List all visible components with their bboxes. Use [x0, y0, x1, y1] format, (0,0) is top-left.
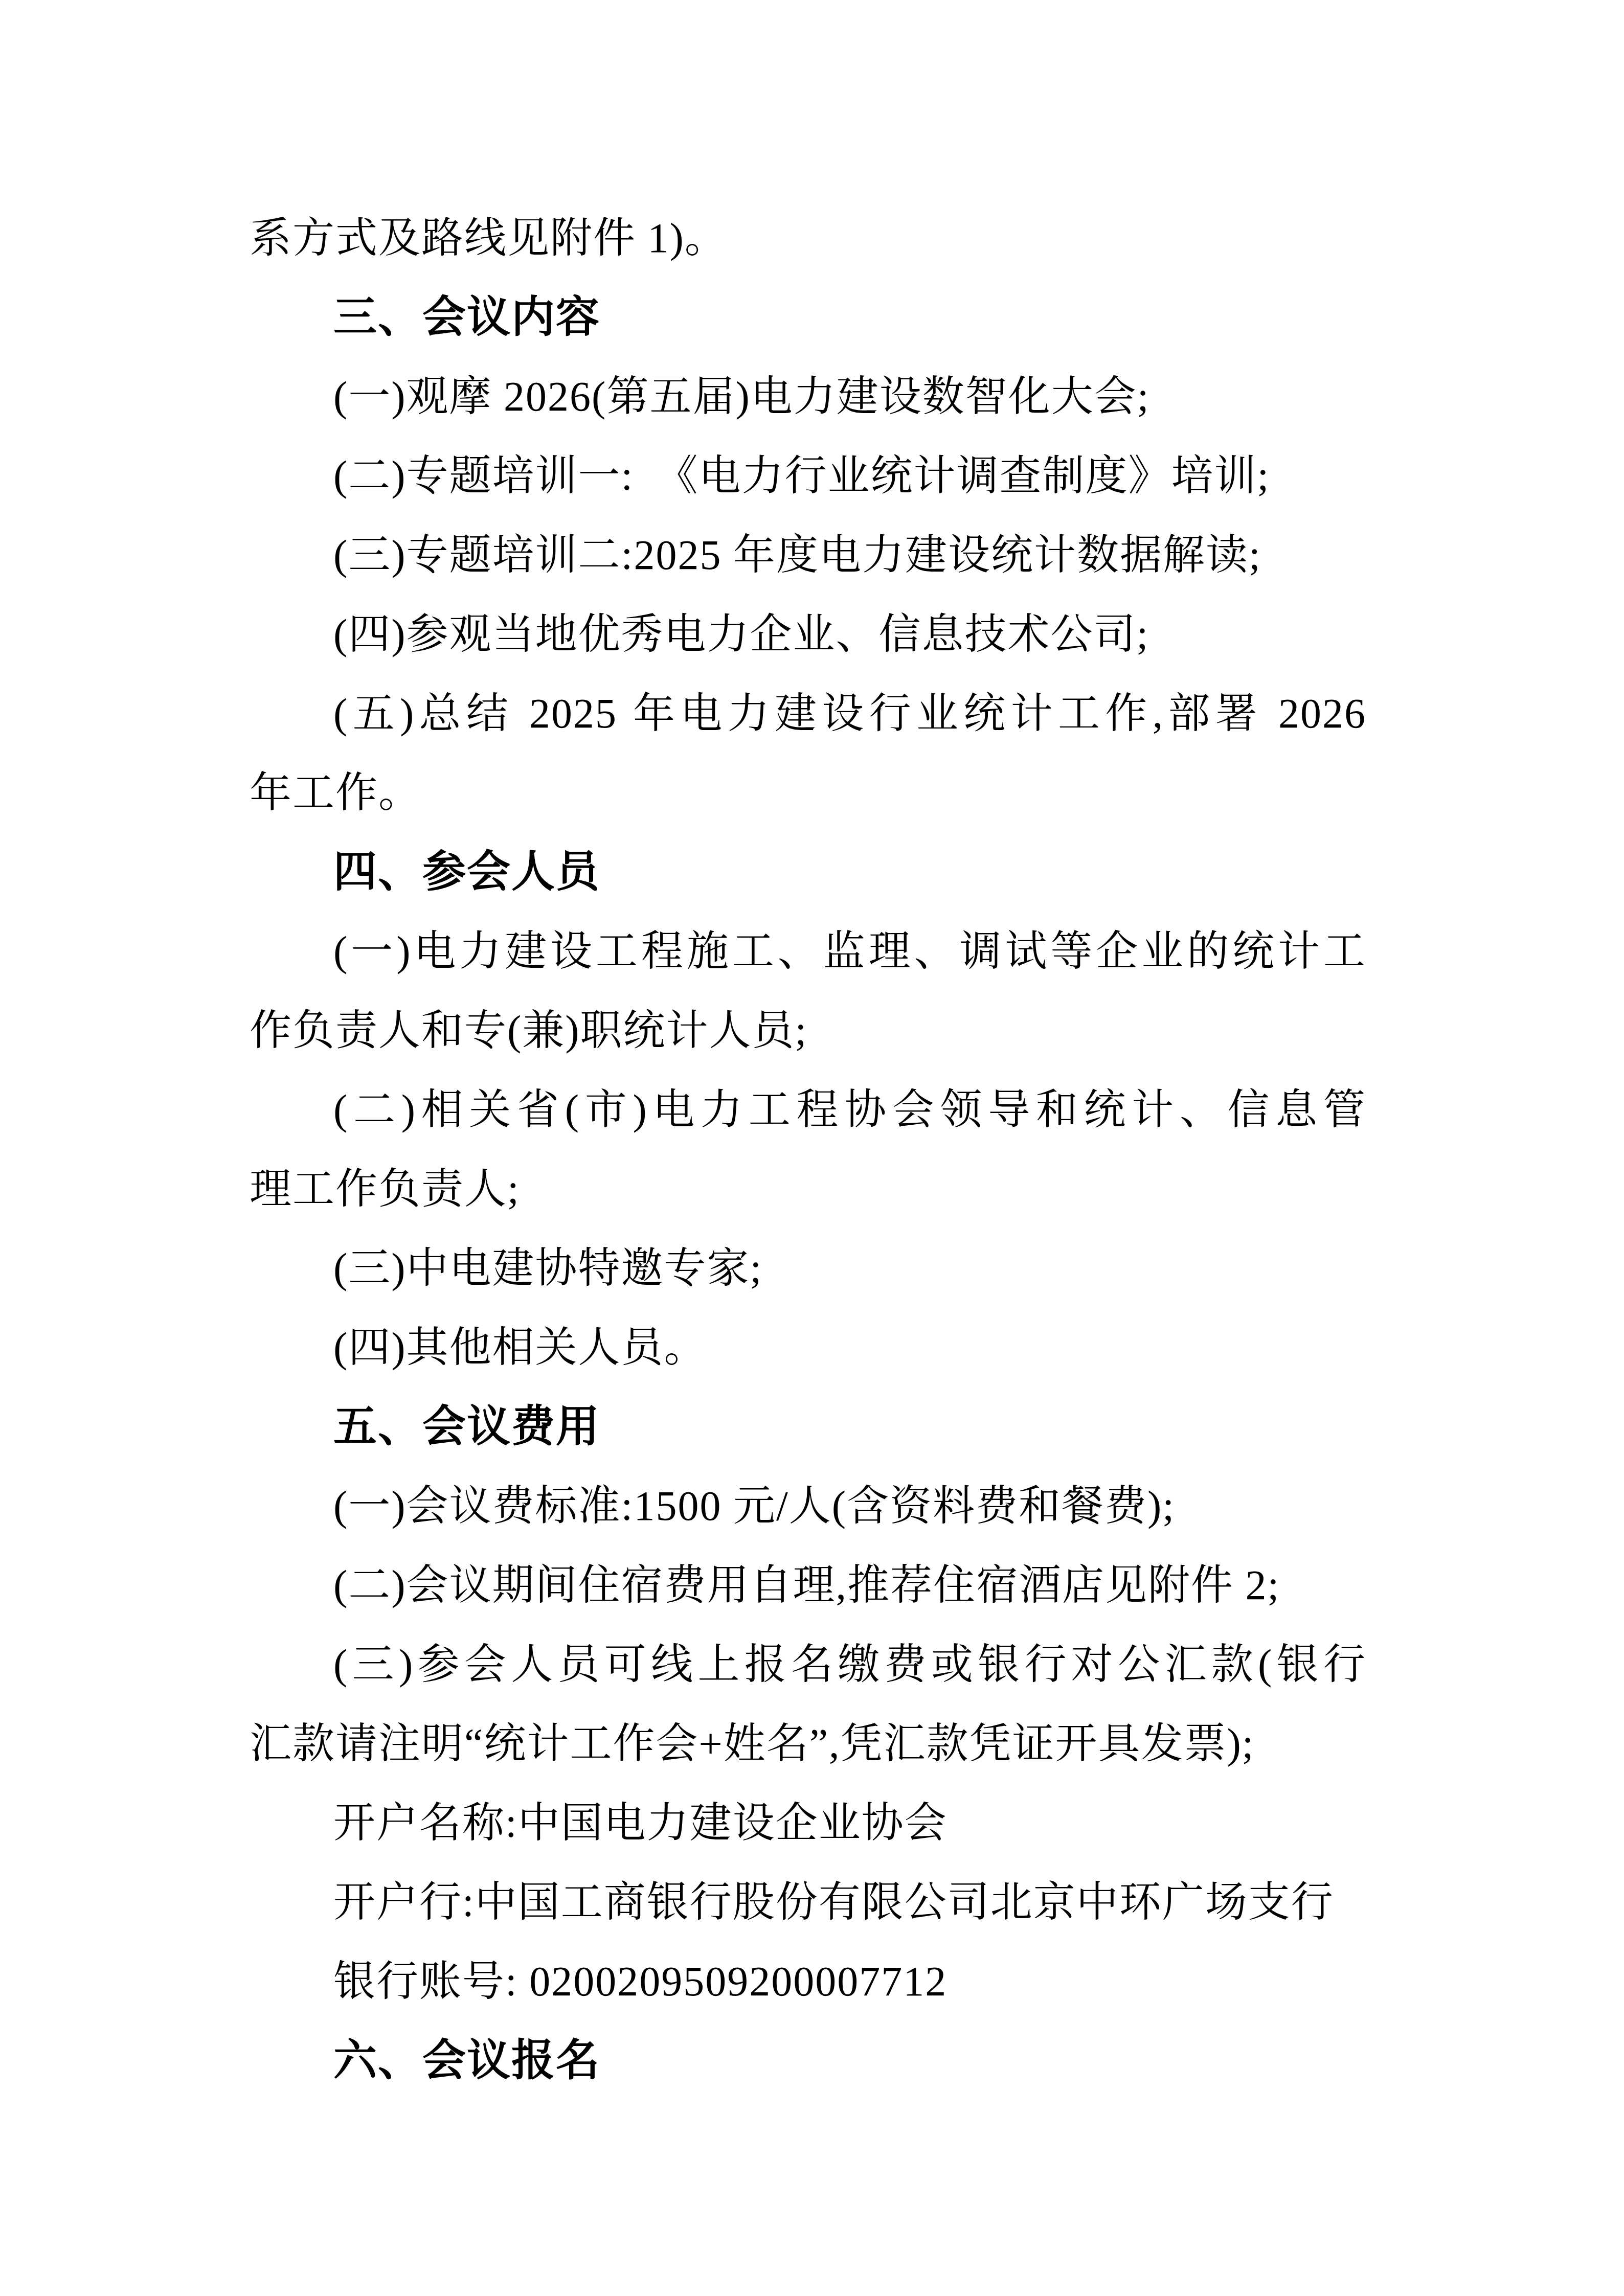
body-line-participants2-wrap1: (二)相关省(市)电力工程协会领导和统计、信息管	[250, 1070, 1366, 1149]
body-line-item2-training1: (二)专题培训一: 《电力行业统计调查制度》培训;	[250, 436, 1366, 515]
body-line-account-number: 银行账号: 0200209509200007712	[250, 1942, 1366, 2021]
section-heading-6-registration: 六、会议报名	[250, 2021, 1366, 2100]
body-line-continuation-attachment1: 系方式及路线见附件 1)。	[250, 198, 1366, 278]
section-heading-4-participants: 四、参会人员	[250, 832, 1366, 912]
body-line-participants3-experts: (三)中电建协特邀专家;	[250, 1229, 1366, 1308]
body-line-fee-standard: (一)会议费标准:1500 元/人(含资料费和餐费);	[250, 1466, 1366, 1545]
body-line-hotel-self-pay: (二)会议期间住宿费用自理,推荐住宿酒店见附件 2;	[250, 1545, 1366, 1625]
body-line-participants1-wrap2: 作负责人和专(兼)职统计人员;	[250, 991, 1366, 1070]
section-heading-5-fees: 五、会议费用	[250, 1387, 1366, 1466]
body-line-account-name: 开户名称:中国电力建设企业协会	[250, 1783, 1366, 1862]
body-line-participants2-wrap2: 理工作负责人;	[250, 1149, 1366, 1229]
body-line-item4-site-visit: (四)参观当地优秀电力企业、信息技术公司;	[250, 595, 1366, 674]
body-line-item1-observe-conference: (一)观摩 2026(第五届)电力建设数智化大会;	[250, 357, 1366, 436]
body-line-participants4-others: (四)其他相关人员。	[250, 1308, 1366, 1387]
document-text-block: 系方式及路线见附件 1)。 三、会议内容 (一)观摩 2026(第五届)电力建设…	[250, 198, 1366, 2100]
body-line-payment-wrap2: 汇款请注明“统计工作会+姓名”,凭汇款凭证开具发票);	[250, 1704, 1366, 1783]
document-page: 系方式及路线见附件 1)。 三、会议内容 (一)观摩 2026(第五届)电力建设…	[0, 0, 1624, 2296]
section-heading-3-meeting-content: 三、会议内容	[250, 278, 1366, 357]
body-line-payment-wrap1: (三)参会人员可线上报名缴费或银行对公汇款(银行	[250, 1625, 1366, 1704]
body-line-item5-summary-wrap1: (五)总结 2025 年电力建设行业统计工作,部署 2026	[250, 674, 1366, 753]
body-line-item5-summary-wrap2: 年工作。	[250, 753, 1366, 832]
body-line-bank-name: 开户行:中国工商银行股份有限公司北京中环广场支行	[250, 1862, 1366, 1942]
body-line-item3-training2: (三)专题培训二:2025 年度电力建设统计数据解读;	[250, 515, 1366, 595]
body-line-participants1-wrap1: (一)电力建设工程施工、监理、调试等企业的统计工	[250, 912, 1366, 991]
